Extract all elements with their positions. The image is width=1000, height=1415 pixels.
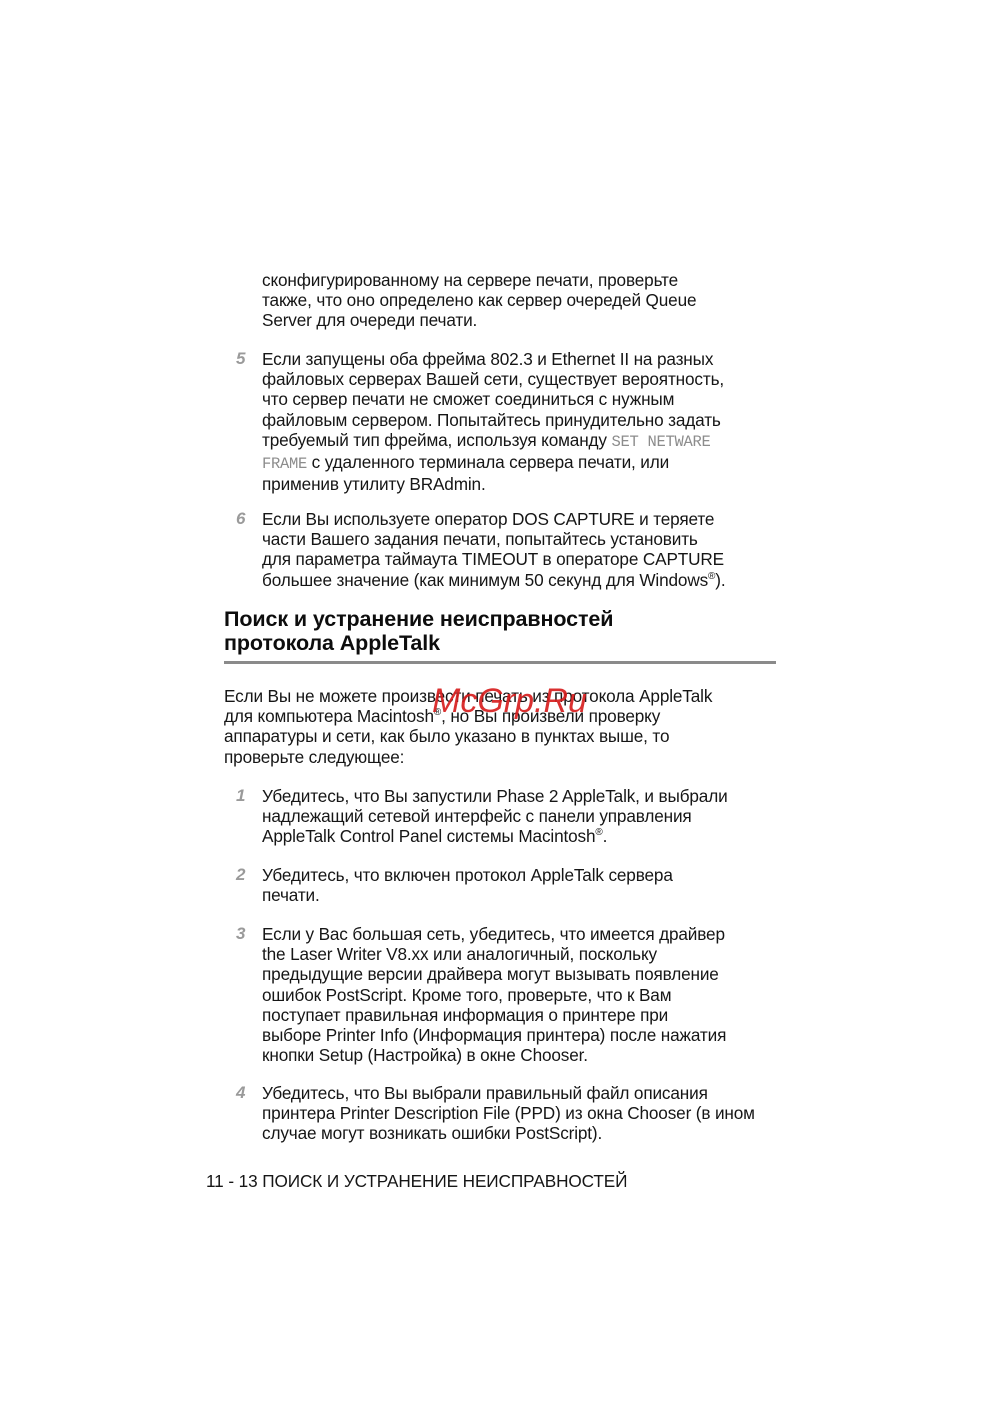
appletalk-step-3-text: Если у Вас большая сеть, убедитесь, что … — [262, 924, 792, 1065]
step-number-3: 3 — [236, 924, 245, 944]
appletalk-step-1-text: Убедитесь, что Вы запустили Phase 2 Appl… — [262, 786, 792, 847]
step-6-text-end: ). — [715, 570, 725, 590]
appletalk-step-4-text: Убедитесь, что Вы выбрали правильный фай… — [262, 1083, 792, 1144]
appletalk-step-1-main: Убедитесь, что Вы запустили Phase 2 Appl… — [262, 786, 728, 846]
step-number-6: 6 — [236, 509, 245, 529]
document-page: сконфигурированному на сервере печати, п… — [0, 0, 1000, 1415]
section-heading: Поиск и устранение неисправностей проток… — [224, 608, 784, 655]
step-6-text-main: Если Вы используете оператор DOS CAPTURE… — [262, 509, 724, 590]
step-number-2: 2 — [236, 865, 245, 885]
continuation-paragraph: сконфигурированному на сервере печати, п… — [262, 270, 792, 331]
step-6-text: Если Вы используете оператор DOS CAPTURE… — [262, 509, 792, 590]
code-set-netware: SET NETWARE — [611, 433, 710, 451]
appletalk-step-2-text: Убедитесь, что включен протокол AppleTal… — [262, 865, 792, 905]
code-frame: FRAME — [262, 455, 307, 473]
intro-paragraph: Если Вы не можете произвести печать из п… — [224, 686, 789, 767]
step-5-text-end: с удаленного терминала сервера печати, и… — [262, 452, 669, 494]
registered-mark: ® — [595, 827, 602, 838]
step-5-text: Если запущены оба фрейма 802.3 и Etherne… — [262, 349, 792, 494]
appletalk-step-1-end: . — [603, 826, 608, 846]
heading-rule-divider — [224, 661, 776, 664]
step-number-4: 4 — [236, 1083, 245, 1103]
registered-mark: ® — [434, 707, 441, 718]
page-footer: 11 - 13 ПОИСК И УСТРАНЕНИЕ НЕИСПРАВНОСТЕ… — [206, 1171, 627, 1191]
step-number-1: 1 — [236, 786, 245, 806]
step-number-5: 5 — [236, 349, 245, 369]
